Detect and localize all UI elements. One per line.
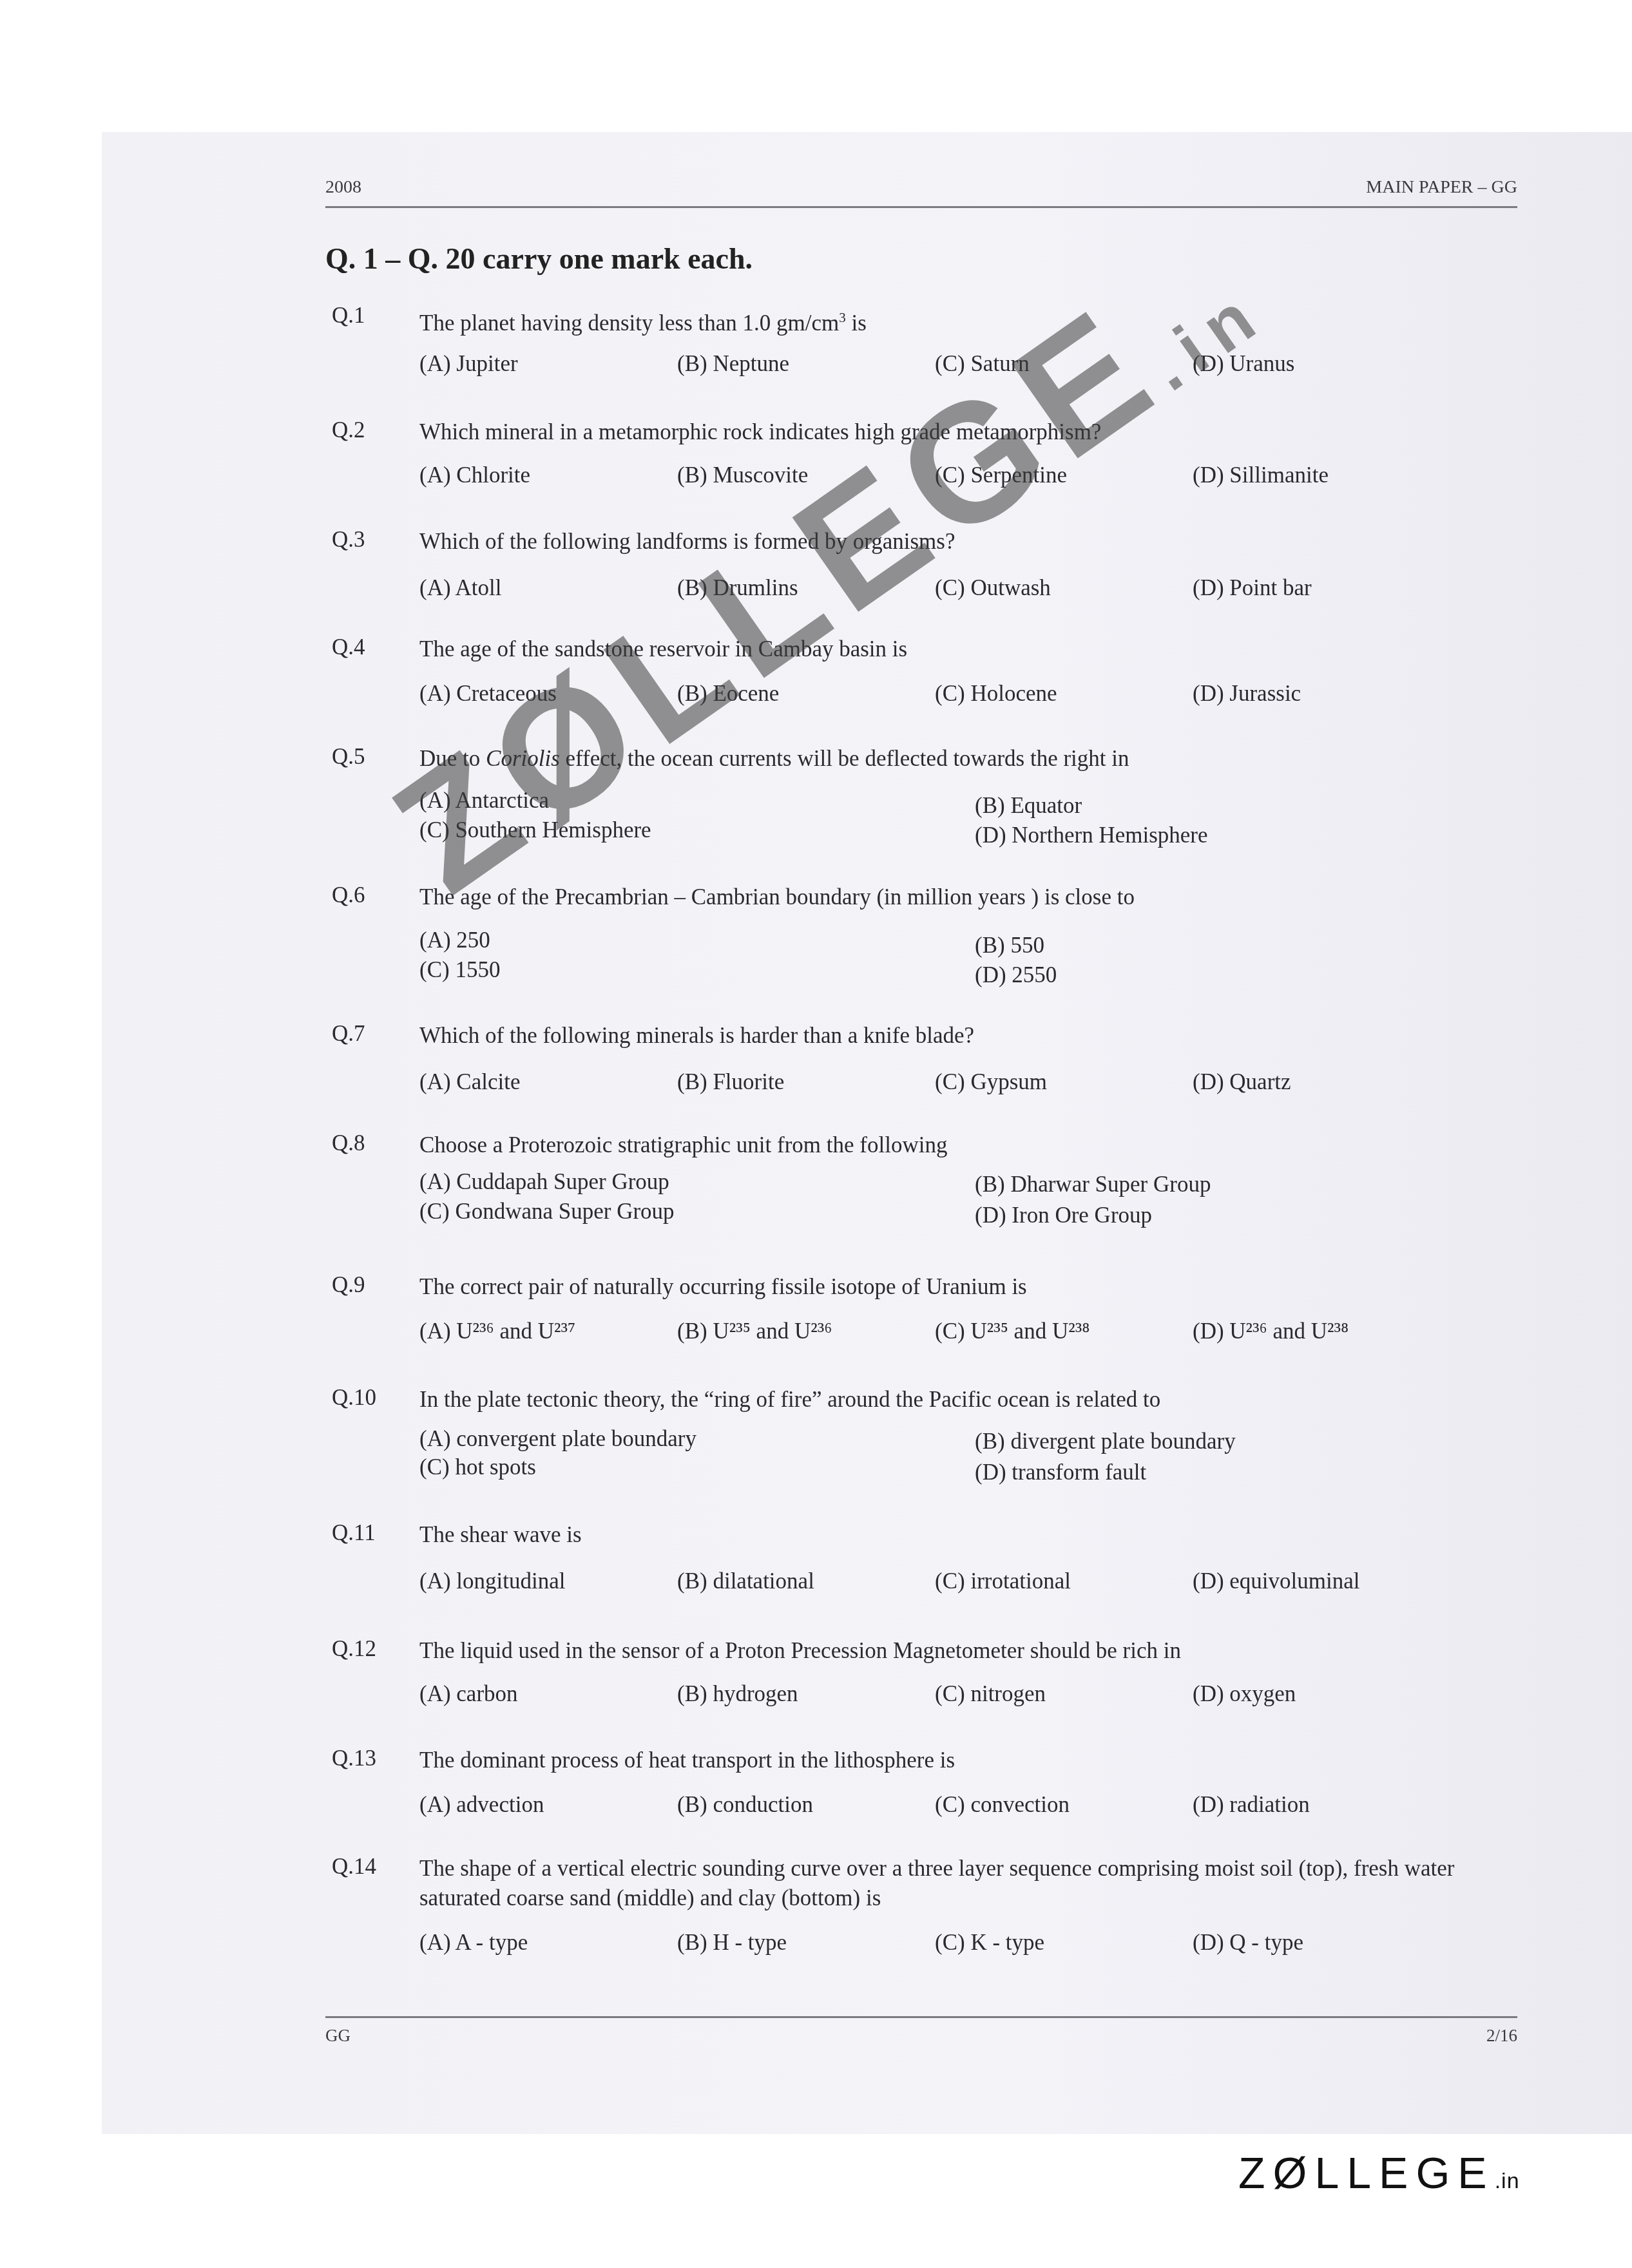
option: (A) longitudinal [419,1568,677,1594]
option: (B) Fluorite [677,1069,935,1095]
option: (B) dilatational [677,1568,935,1594]
option: (A) convergent plate boundary [419,1426,696,1452]
question-number: Q.4 [332,634,365,660]
option: (C) convection [935,1792,1193,1818]
option: (D) oxygen [1193,1681,1450,1707]
logo-suffix: .in [1495,2169,1520,2193]
question-text: Which of the following minerals is harde… [419,1021,1503,1051]
footer-rule [325,2016,1517,2018]
option: (A) Chlorite [419,462,677,488]
option: (B) Equator [975,793,1082,819]
question-text: The planet having density less than 1.0 … [419,303,1503,338]
option: (C) Gypsum [935,1069,1193,1095]
option: (B) divergent plate boundary [975,1429,1236,1454]
option: (B) Dharwar Super Group [975,1172,1211,1197]
question-number: Q.7 [332,1021,365,1047]
header-rule [325,206,1517,208]
option: (D) transform fault [975,1460,1146,1485]
option: (D) Northern Hemisphere [975,823,1208,848]
question-text: Choose a Proterozoic stratigraphic unit … [419,1130,1503,1160]
question-text: The correct pair of naturally occurring … [419,1272,1503,1302]
option: (C) irrotational [935,1568,1193,1594]
option: (C) Gondwana Super Group [419,1199,675,1225]
option: (C) K - type [935,1930,1193,1956]
option: (A) carbon [419,1681,677,1707]
question-number: Q.6 [332,882,365,908]
option: (B) conduction [677,1792,935,1818]
section-title: Q. 1 – Q. 20 carry one mark each. [325,242,753,276]
question-number: Q.10 [332,1385,376,1411]
option: (D) 2550 [975,962,1057,988]
question-text: The shear wave is [419,1520,1503,1550]
option: (D) equivoluminal [1193,1568,1450,1594]
option: (D) Jurassic [1193,681,1450,707]
option: (B) Neptune [677,351,935,377]
option: (A) Jupiter [419,351,677,377]
option: (A) A - type [419,1930,677,1956]
question-text: The dominant process of heat transport i… [419,1746,1503,1775]
question-number: Q.1 [332,303,365,329]
question-number: Q.8 [332,1130,365,1156]
option: (A) advection [419,1792,677,1818]
option: (D) Quartz [1193,1069,1450,1095]
page-number: 2/16 [1486,2026,1517,2046]
option: (C) 1550 [419,957,500,983]
option: (D) radiation [1193,1792,1450,1818]
option: (B) H - type [677,1930,935,1956]
question-number: Q.13 [332,1746,376,1771]
option: (C) hot spots [419,1454,536,1480]
option: (D) Sillimanite [1193,462,1450,488]
footer-code: GG [325,2026,350,2046]
option: (A) Calcite [419,1069,677,1095]
option: (C) Holocene [935,681,1193,707]
option: (D) Point bar [1193,575,1450,601]
brand-logo: ZØLLEGE.in [1238,2148,1520,2198]
question-number: Q.12 [332,1636,376,1662]
question-number: Q.14 [332,1854,376,1880]
option: (B) U²³⁵ and U²³⁶ [677,1319,935,1344]
option: (C) U²³⁵ and U²³⁸ [935,1319,1193,1344]
option: (A) Cuddapah Super Group [419,1169,669,1195]
option: (D) Iron Ore Group [975,1203,1152,1228]
question-number: Q.3 [332,527,365,553]
option: (D) U²³⁶ and U²³⁸ [1193,1319,1450,1344]
option: (A) U²³⁶ and U²³⁷ [419,1319,677,1344]
question-number: Q.5 [332,744,365,770]
question-number: Q.2 [332,417,365,443]
option: (A) 250 [419,928,490,953]
option: (B) hydrogen [677,1681,935,1707]
question-text: The shape of a vertical electric soundin… [419,1854,1503,1913]
option: (B) 550 [975,933,1044,958]
header-paper: MAIN PAPER – GG [1366,177,1517,198]
question-number: Q.9 [332,1272,365,1298]
question-number: Q.11 [332,1520,376,1546]
option: (C) nitrogen [935,1681,1193,1707]
question-text: In the plate tectonic theory, the “ring … [419,1385,1503,1415]
option: (D) Q - type [1193,1930,1450,1956]
question-text: The liquid used in the sensor of a Proto… [419,1636,1503,1666]
question-text: The age of the Precambrian – Cambrian bo… [419,882,1503,912]
header-year: 2008 [325,177,361,198]
logo-text: ZØLLEGE [1238,2149,1495,2198]
